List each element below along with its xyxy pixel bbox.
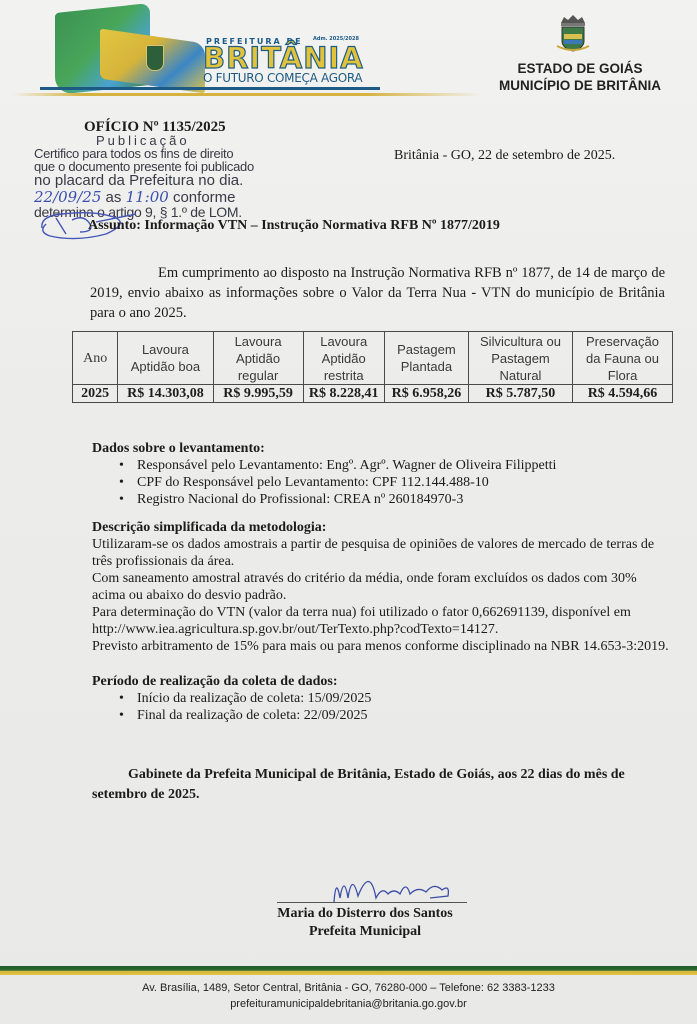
issuer-block: ESTADO DE GOIÁS MUNICÍPIO DE BRITÂNIA [480, 60, 680, 94]
list-item: Registro Nacional do Profissional: CREA … [119, 491, 672, 508]
subject-line: Assunto: Informação VTN – Instrução Norm… [88, 218, 500, 234]
column-header: Silvicultura ouPastagemNatural [468, 332, 572, 385]
place-and-date: Britânia - GO, 22 de setembro de 2025. [394, 148, 615, 164]
methodology-paragraph: Para determinação do VTN (valor da terra… [92, 604, 672, 638]
survey-data-section: Dados sobre o levantamento: Responsável … [92, 440, 672, 508]
logo-name: BRITÂNIA [203, 43, 364, 73]
intro-paragraph: Em cumprimento ao disposto na Instrução … [90, 263, 665, 323]
table-header-row: Ano LavouraAptidão boa LavouraAptidãoreg… [73, 332, 673, 385]
header-divider-gold [12, 93, 482, 96]
table-cell-value: R$ 8.228,41 [303, 385, 384, 403]
methodology-paragraph: Com saneamento amostral através do crité… [92, 570, 672, 604]
document-page: PREFEITURA DE Adm. 2025/2028 BRITÂNIA O … [0, 0, 697, 1024]
column-header: Preservaçãoda Fauna ouFlora [573, 332, 673, 385]
table-cell-value: R$ 6.958,26 [384, 385, 468, 403]
closing-paragraph: Gabinete da Prefeita Municipal de Britân… [92, 765, 667, 805]
table-row: 2025 R$ 14.303,08 R$ 9.995,59 R$ 8.228,4… [73, 385, 673, 403]
collection-period-section: Período de realização da coleta de dados… [92, 673, 672, 724]
vtn-table: Ano LavouraAptidão boa LavouraAptidãoreg… [72, 331, 673, 403]
survey-data-heading: Dados sobre o levantamento: [92, 440, 672, 457]
column-header: LavouraAptidãorestrita [303, 332, 384, 385]
table-cell-value: R$ 5.787,50 [468, 385, 572, 403]
coat-of-arms-icon [555, 14, 591, 54]
signatory-block: Maria do Disterro dos Santos Prefeita Mu… [240, 905, 490, 941]
survey-data-list: Responsável pelo Levantamento: Engº. Agr… [92, 457, 672, 508]
methodology-paragraph: Previsto arbitramento de 15% para mais o… [92, 638, 672, 655]
municipality-name: MUNICÍPIO DE BRITÂNIA [480, 77, 680, 94]
methodology-paragraph: Utilizaram-se os dados amostrais a parti… [92, 536, 672, 570]
footer: Av. Brasília, 1489, Setor Central, Britâ… [0, 980, 697, 1012]
list-item: CPF do Responsável pelo Levantamento: CP… [119, 474, 672, 491]
methodology-heading: Descrição simplificada da metodologia: [92, 519, 672, 536]
list-item: Início da realização de coleta: 15/09/20… [119, 690, 672, 707]
list-item: Final da realização de coleta: 22/09/202… [119, 707, 672, 724]
column-header: PastagemPlantada [384, 332, 468, 385]
table-cell-value: R$ 4.594,66 [573, 385, 673, 403]
collection-period-heading: Período de realização da coleta de dados… [92, 673, 672, 690]
signature-line [277, 902, 467, 903]
signatory-role: Prefeita Municipal [240, 923, 490, 941]
shield-icon [146, 45, 164, 71]
methodology-section: Descrição simplificada da metodologia: U… [92, 519, 672, 655]
column-header: Ano [73, 332, 118, 385]
stamp-line-3: no placard da Prefeitura no dia. [34, 173, 324, 189]
column-header: LavouraAptidãoregular [213, 332, 303, 385]
list-item: Responsável pelo Levantamento: Engº. Agr… [119, 457, 672, 474]
table-cell-value: R$ 14.303,08 [118, 385, 213, 403]
table-cell-year: 2025 [73, 385, 118, 403]
footer-email: prefeituramunicipaldebritania@britania.g… [0, 996, 697, 1012]
table-cell-value: R$ 9.995,59 [213, 385, 303, 403]
intro-text: Em cumprimento ao disposto na Instrução … [90, 265, 665, 321]
state-name: ESTADO DE GOIÁS [480, 60, 680, 77]
closing-text: Gabinete da Prefeita Municipal de Britân… [92, 767, 625, 802]
logo-slogan: O FUTURO COMEÇA AGORA [203, 71, 362, 85]
column-header: LavouraAptidão boa [118, 332, 213, 385]
footer-divider [0, 966, 697, 975]
collection-period-list: Início da realização de coleta: 15/09/20… [92, 690, 672, 724]
header-divider-blue [40, 87, 380, 90]
footer-address: Av. Brasília, 1489, Setor Central, Britâ… [0, 980, 697, 996]
signatory-name: Maria do Disterro dos Santos [240, 905, 490, 923]
